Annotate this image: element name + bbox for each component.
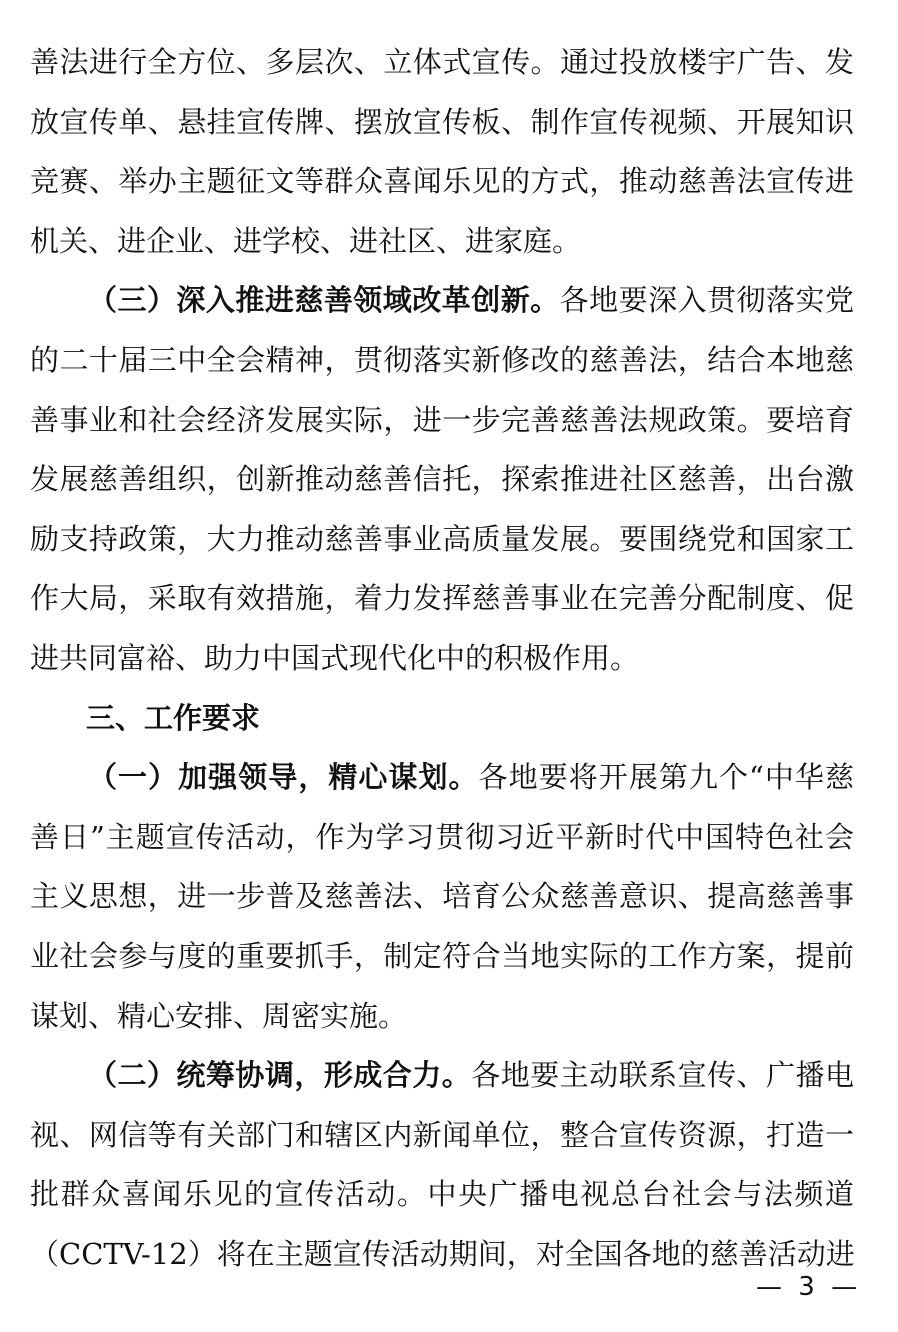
text-line: 发展慈善组织，创新推动慈善信托，探索推进社区慈善，出台激 [30, 450, 854, 510]
page-number: — 3 — [756, 1272, 861, 1302]
text-line: 善日”主题宣传活动，作为学习贯彻习近平新时代中国特色社会 [30, 808, 854, 868]
text-line: 的二十届三中全会精神，贯彻落实新修改的慈善法，结合本地慈 [30, 331, 854, 391]
text-line: 放宣传单、悬挂宣传牌、摆放宣传板、制作宣传视频、开展知识 [30, 93, 854, 153]
text-line: （三）深入推进慈善领域改革创新。各地要深入贯彻落实党 [30, 271, 854, 331]
paragraph-leadership-planning: （一）加强领导，精心谋划。各地要将开展第九个“中华慈 善日”主题宣传活动，作为学… [30, 748, 854, 1046]
text-span: 各地要深入贯彻落实党 [560, 283, 854, 317]
text-line: 作大局，采取有效措施，着力发挥慈善事业在完善分配制度、促 [30, 569, 854, 629]
subheading: （一）加强领导，精心谋划。 [88, 760, 479, 794]
paragraph-continuation: 善法进行全方位、多层次、立体式宣传。通过投放楼宇广告、发 放宣传单、悬挂宣传牌、… [30, 33, 854, 271]
text-line: 机关、进企业、进学校、进社区、进家庭。 [30, 212, 854, 272]
text-line: 善法进行全方位、多层次、立体式宣传。通过投放楼宇广告、发 [30, 33, 854, 93]
subheading: （二）统筹协调，形成合力。 [88, 1058, 471, 1092]
section-heading: 三、工作要求 [30, 689, 854, 749]
document-page: 善法进行全方位、多层次、立体式宣传。通过投放楼宇广告、发 放宣传单、悬挂宣传牌、… [30, 33, 854, 1284]
text-line: 批群众喜闻乐见的宣传活动。中央广播电视总台社会与法频道 [30, 1165, 854, 1225]
text-line: （二）统筹协调，形成合力。各地要主动联系宣传、广播电 [30, 1046, 854, 1106]
text-span: 各地要主动联系宣传、广播电 [471, 1058, 854, 1092]
paragraph-coordination: （二）统筹协调，形成合力。各地要主动联系宣传、广播电 视、网信等有关部门和辖区内… [30, 1046, 854, 1284]
paragraph-reform-innovation: （三）深入推进慈善领域改革创新。各地要深入贯彻落实党 的二十届三中全会精神，贯彻… [30, 271, 854, 688]
text-line: 进共同富裕、助力中国式现代化中的积极作用。 [30, 629, 854, 689]
text-line: 谋划、精心安排、周密实施。 [30, 987, 854, 1047]
text-line: 励支持政策，大力推动慈善事业高质量发展。要围绕党和国家工 [30, 510, 854, 570]
text-line: （CCTV-12）将在主题宣传活动期间，对全国各地的慈善活动进 [30, 1225, 854, 1285]
text-line: 业社会参与度的重要抓手，制定符合当地实际的工作方案，提前 [30, 927, 854, 987]
text-line: 主义思想，进一步普及慈善法、培育公众慈善意识、提高慈善事 [30, 867, 854, 927]
text-line: 善事业和社会经济发展实际，进一步完善慈善法规政策。要培育 [30, 391, 854, 451]
text-line: （一）加强领导，精心谋划。各地要将开展第九个“中华慈 [30, 748, 854, 808]
subheading: （三）深入推进慈善领域改革创新。 [88, 283, 560, 317]
text-span: 各地要将开展第九个“中华慈 [479, 760, 854, 794]
text-line: 视、网信等有关部门和辖区内新闻单位，整合宣传资源，打造一 [30, 1106, 854, 1166]
text-line: 竞赛、举办主题征文等群众喜闻乐见的方式，推动慈善法宣传进 [30, 152, 854, 212]
